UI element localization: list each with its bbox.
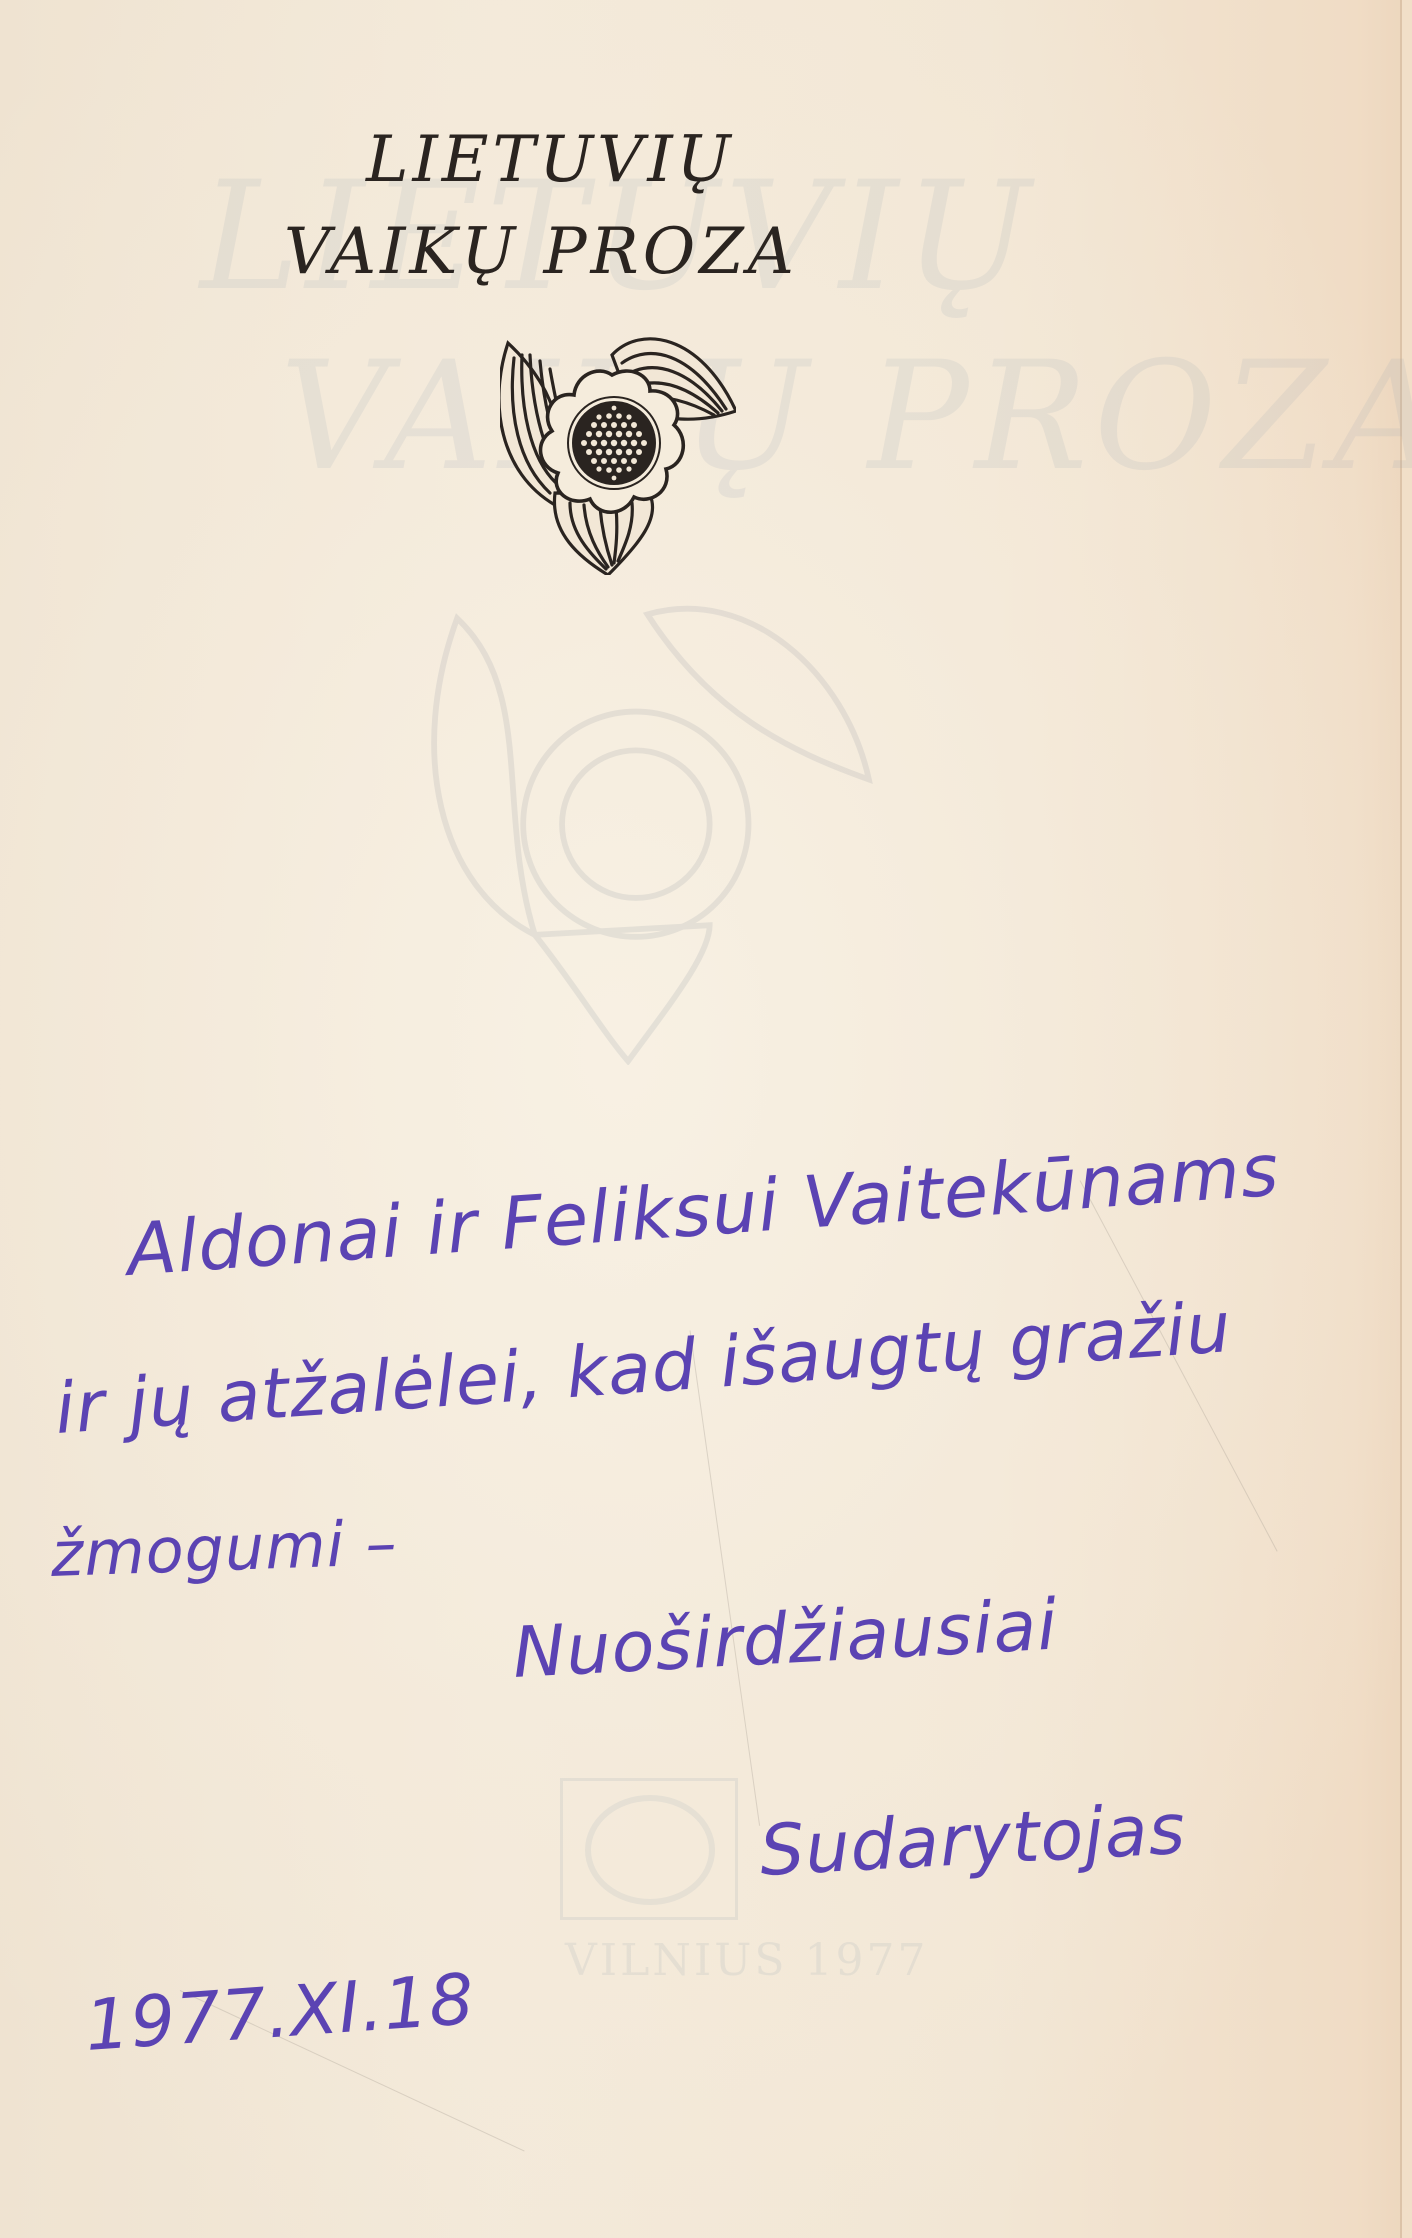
inscription-line-2: ir jų atžalėlei, kad išaugtų gražiu [52, 1286, 1234, 1450]
show-through-flower-icon [410, 595, 885, 1065]
flower-ornament-icon [500, 333, 736, 575]
show-through-title-2: VAIKŲ PROZA [280, 330, 1412, 504]
inscription-signature: Sudarytojas [758, 1788, 1188, 1892]
book-title-page: LIETUVIŲ VAIKŲ PROZA VILNIUS 1977 LIETUV… [0, 0, 1412, 2238]
book-title-line-2: VAIKŲ PROZA [284, 220, 798, 284]
inscription-line-3: žmogumi – [49, 1506, 398, 1591]
inscription-line-1: Aldonai ir Feliksui Vaitekūnams [124, 1128, 1282, 1292]
show-through-imprint: VILNIUS 1977 [565, 1935, 928, 1986]
book-title-line-1: LIETUVIŲ [366, 128, 735, 192]
show-through-publisher-logo [560, 1778, 738, 1920]
next-page-edge [1402, 0, 1412, 2238]
inscription-closing: Nuoširdžiausiai [511, 1584, 1060, 1694]
inscription-date: 1977.XI.18 [82, 1958, 477, 2067]
